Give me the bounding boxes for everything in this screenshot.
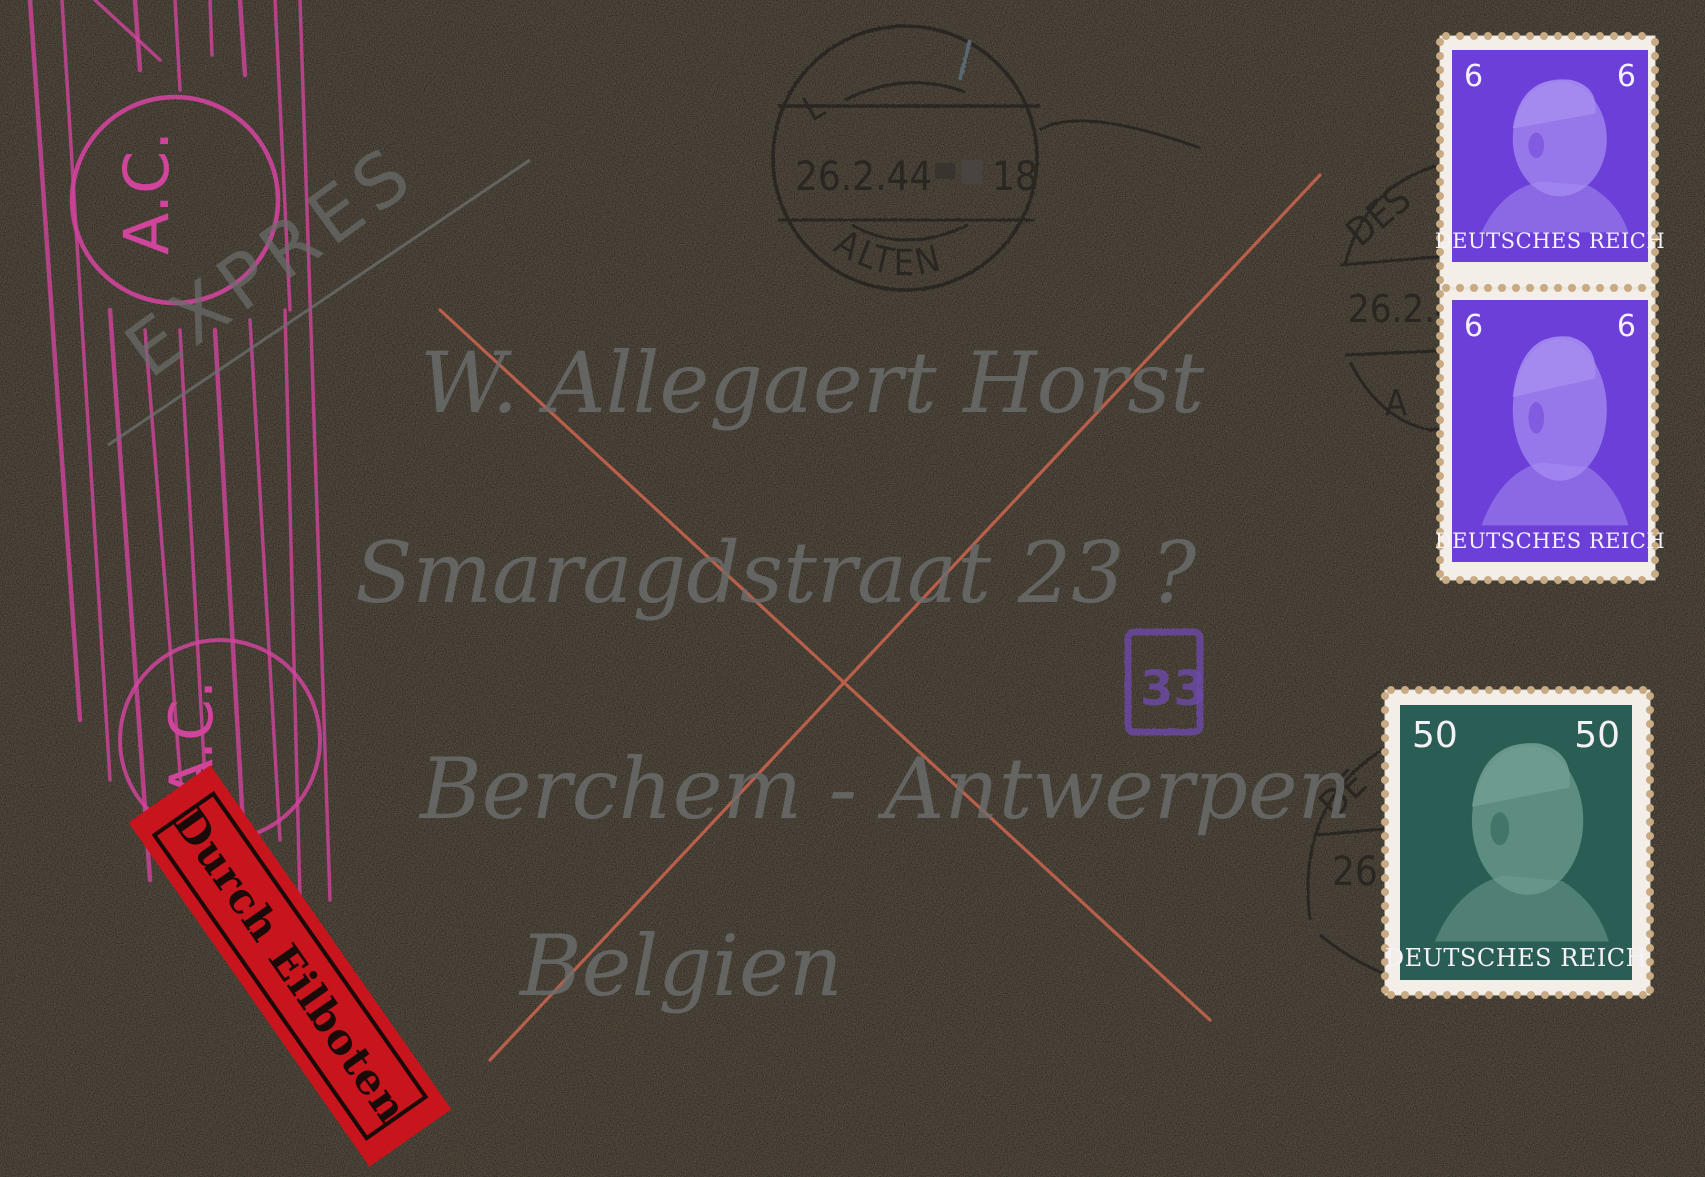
postage-stamp: 5050DEUTSCHES REICH: [1381, 686, 1654, 999]
stamp-country: DEUTSCHES REICH: [1435, 229, 1665, 253]
svg-text:33: 33: [1140, 661, 1207, 717]
stamp-country: DEUTSCHES REICH: [1385, 944, 1647, 972]
postage-stamp: 66DEUTSCHES REICH: [1435, 32, 1665, 292]
address-line-4: Belgien: [518, 917, 843, 1015]
address-line-2: Smaragdstraat 23 ?: [355, 524, 1197, 622]
postage-stamp: 66DEUTSCHES REICH: [1435, 284, 1665, 584]
censor-circle-text: A.C.: [110, 131, 183, 255]
stamp-value: 6: [1464, 309, 1483, 344]
svg-text:18: 18: [992, 154, 1038, 200]
stamp-value: 6: [1617, 309, 1636, 344]
stamp-country: DEUTSCHES REICH: [1435, 529, 1665, 553]
stamp-value: 6: [1464, 59, 1483, 94]
address-line-1: W. Allegaert Horst: [420, 334, 1204, 432]
cancel-date: 26: [1332, 849, 1378, 895]
svg-text:26.2.44: 26.2.44: [795, 154, 932, 200]
stamp-value: 50: [1574, 715, 1620, 756]
address-line-3: Berchem - Antwerpen: [418, 740, 1352, 838]
stamp-value: 6: [1617, 59, 1636, 94]
cancel-bottom-text: A: [1385, 383, 1407, 424]
postmark-date: 26.2.44 18: [795, 154, 1038, 200]
stamp-value: 50: [1412, 715, 1458, 756]
envelope: A.C. A.C. EXPRES L 26.2.44 18 ALTEN: [0, 0, 1705, 1177]
envelope-canvas: A.C. A.C. EXPRES L 26.2.44 18 ALTEN: [0, 0, 1705, 1177]
